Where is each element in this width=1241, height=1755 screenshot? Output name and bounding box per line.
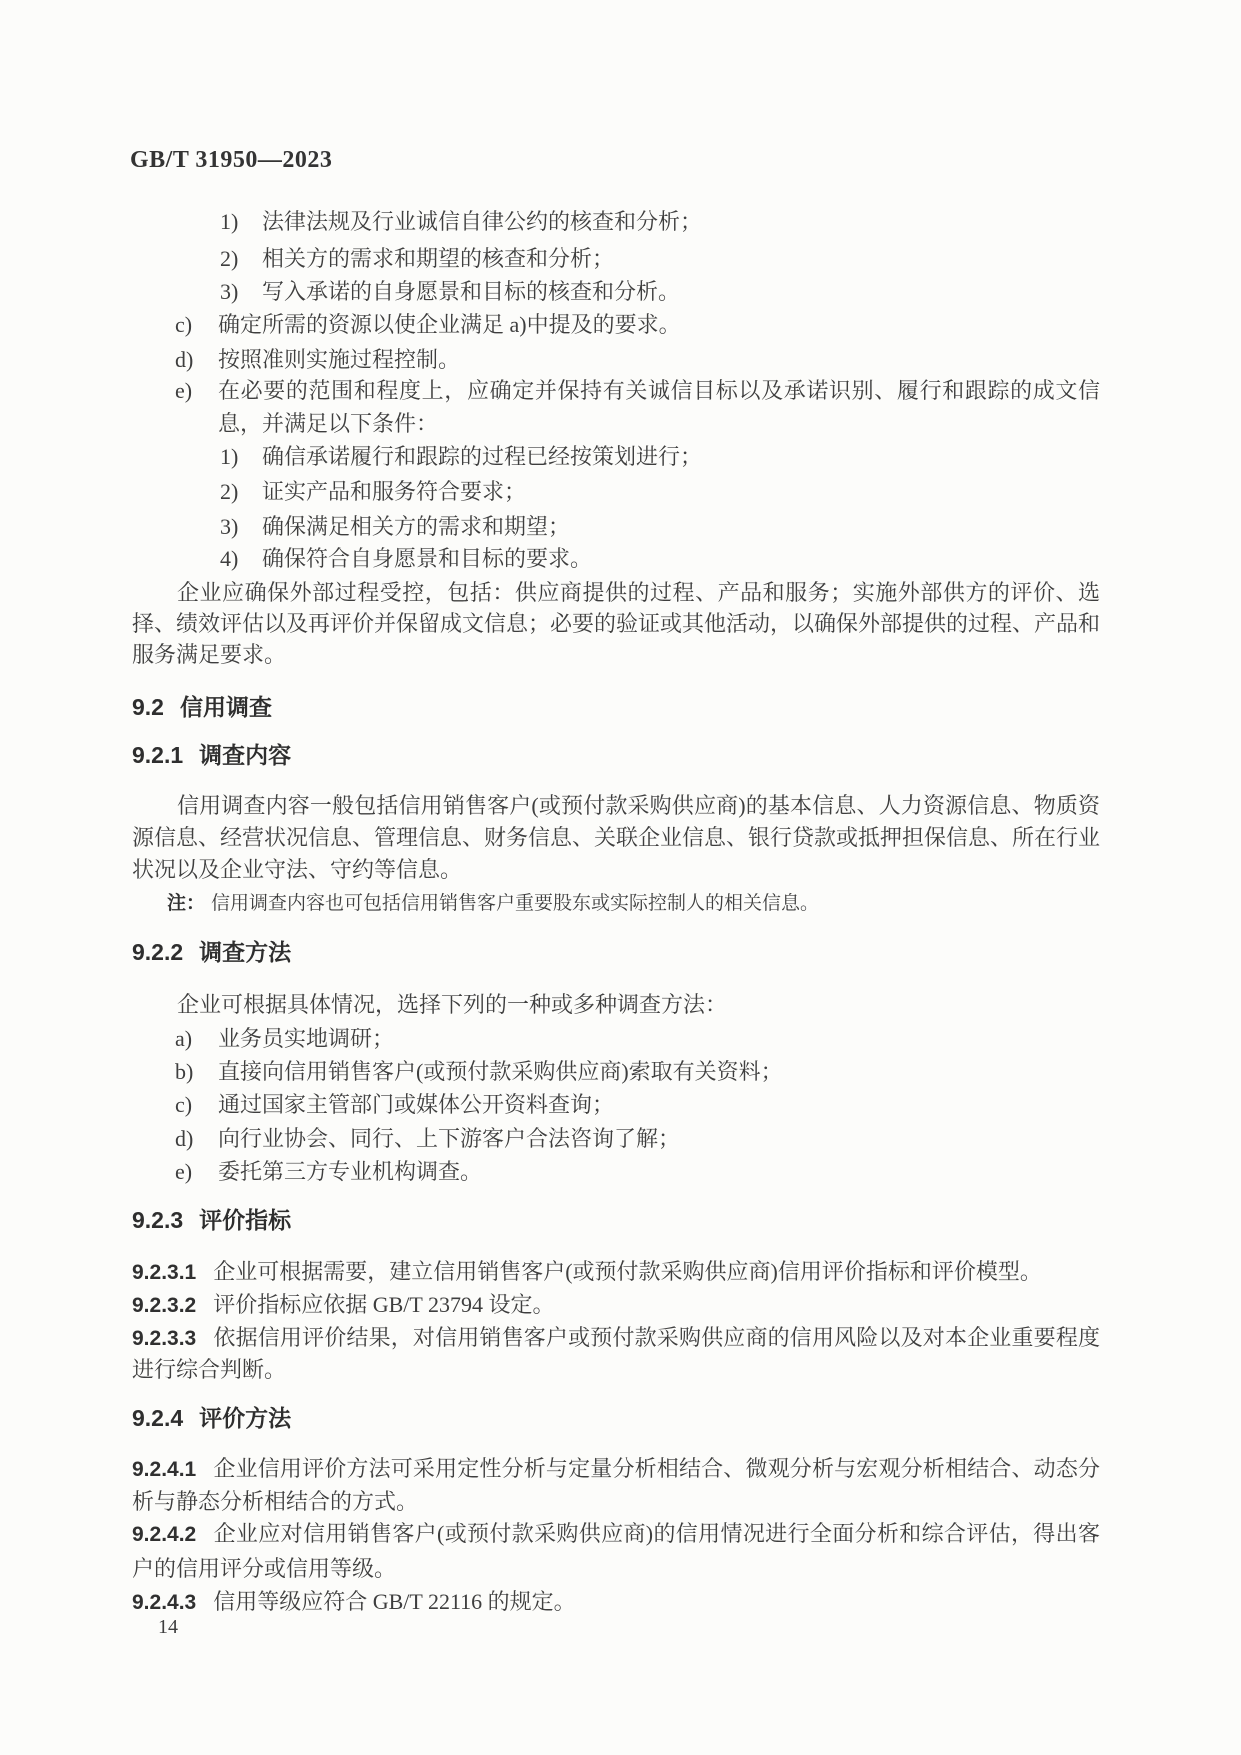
list-marker: 4)	[220, 542, 262, 575]
note: 注：信用调查内容也可包括信用销售客户重要股东或实际控制人的相关信息。	[167, 890, 1100, 918]
section-number: 9.2.4	[132, 1405, 183, 1431]
section-title: 评价方法	[199, 1405, 291, 1431]
list-item: b) 直接向信用销售客户(或预付款采购供应商)索取有关资料；	[175, 1055, 1100, 1088]
list-marker: b)	[175, 1055, 218, 1088]
list-marker: a)	[175, 1022, 218, 1055]
clause-number: 9.2.4.1	[132, 1458, 196, 1481]
clause-number: 9.2.4.3	[132, 1591, 196, 1614]
clause-text: 企业可根据需要，建立信用销售客户(或预付款采购供应商)信用评价指标和评价模型。	[213, 1259, 1042, 1284]
section-heading-9-2-1: 9.2.1调查内容	[132, 740, 291, 770]
clause-number: 9.2.3.1	[132, 1261, 196, 1284]
list-item: a) 业务员实地调研；	[175, 1022, 1100, 1055]
clause-number: 9.2.3.3	[132, 1327, 196, 1350]
section-number: 9.2	[132, 694, 164, 720]
list-marker: e)	[175, 1155, 218, 1188]
list-item: 4) 确保符合自身愿景和目标的要求。	[220, 542, 1100, 575]
list-marker: d)	[175, 343, 218, 376]
closing-paragraph: 企业应确保外部过程受控，包括：供应商提供的过程、产品和服务；实施外部供方的评价、…	[132, 577, 1100, 670]
list-item: 3) 写入承诺的自身愿景和目标的核查和分析。	[220, 275, 1100, 308]
list-item-text: 按照准则实施过程控制。	[218, 343, 1100, 376]
list-item: c) 通过国家主管部门或媒体公开资料查询；	[175, 1088, 1100, 1121]
clause-number: 9.2.4.2	[132, 1523, 196, 1546]
section-heading-9-2-2: 9.2.2调查方法	[132, 937, 291, 967]
list-item: d) 向行业协会、同行、上下游客户合法咨询了解；	[175, 1122, 1100, 1155]
list-item-text: 法律法规及行业诚信自律公约的核查和分析；	[262, 205, 1100, 238]
list-item-text: 通过国家主管部门或媒体公开资料查询；	[218, 1088, 1100, 1121]
list-item-text: 确信承诺履行和跟踪的过程已经按策划进行；	[262, 440, 1100, 473]
section-number: 9.2.3	[132, 1207, 183, 1233]
clause-text: 信用等级应符合 GB/T 22116 的规定。	[213, 1589, 575, 1614]
document-page: GB/T 31950—2023 1) 法律法规及行业诚信自律公约的核查和分析； …	[0, 0, 1241, 1755]
list-item-text: 直接向信用销售客户(或预付款采购供应商)索取有关资料；	[218, 1055, 1100, 1088]
list-item: 2) 证实产品和服务符合要求；	[220, 475, 1100, 508]
clause-text: 依据信用评价结果，对信用销售客户或预付款采购供应商的信用风险以及对本企业重要程度…	[132, 1325, 1100, 1382]
clause-9-2-4-1: 9.2.4.1企业信用评价方法可采用定性分析与定量分析相结合、微观分析与宏观分析…	[132, 1453, 1100, 1518]
clause-9-2-3-1: 9.2.3.1企业可根据需要，建立信用销售客户(或预付款采购供应商)信用评价指标…	[132, 1255, 1100, 1286]
section-title: 评价指标	[199, 1207, 291, 1233]
list-marker: 1)	[220, 440, 262, 473]
section-title: 调查内容	[199, 742, 291, 768]
list-marker: 3)	[220, 510, 262, 543]
clause-number: 9.2.3.2	[132, 1294, 196, 1317]
list-item: 2) 相关方的需求和期望的核查和分析；	[220, 242, 1100, 275]
paragraph-9-2-2-intro: 企业可根据具体情况，选择下列的一种或多种调查方法：	[132, 988, 1100, 1019]
list-item: d) 按照准则实施过程控制。	[175, 343, 1100, 376]
list-item-text: 向行业协会、同行、上下游客户合法咨询了解；	[218, 1122, 1100, 1155]
clause-text: 评价指标应依据 GB/T 23794 设定。	[213, 1292, 554, 1317]
clause-9-2-4-3: 9.2.4.3信用等级应符合 GB/T 22116 的规定。	[132, 1585, 1100, 1616]
list-item-text: 业务员实地调研；	[218, 1022, 1100, 1055]
list-item-text: 确保满足相关方的需求和期望；	[262, 510, 1100, 543]
list-marker: 2)	[220, 242, 262, 275]
list-item: e) 委托第三方专业机构调查。	[175, 1155, 1100, 1188]
list-marker: c)	[175, 308, 218, 341]
section-heading-9-2-3: 9.2.3评价指标	[132, 1205, 291, 1235]
list-marker: c)	[175, 1088, 218, 1121]
list-marker: 2)	[220, 475, 262, 508]
list-item: c) 确定所需的资源以使企业满足 a)中提及的要求。	[175, 308, 1100, 341]
clause-9-2-3-3: 9.2.3.3依据信用评价结果，对信用销售客户或预付款采购供应商的信用风险以及对…	[132, 1322, 1100, 1385]
section-title: 信用调查	[180, 694, 272, 720]
list-item-text: 证实产品和服务符合要求；	[262, 475, 1100, 508]
paragraph-9-2-1: 信用调查内容一般包括信用销售客户(或预付款采购供应商)的基本信息、人力资源信息、…	[132, 790, 1100, 886]
clause-9-2-4-2: 9.2.4.2企业应对信用销售客户(或预付款采购供应商)的信用情况进行全面分析和…	[132, 1517, 1100, 1586]
list-item: 3) 确保满足相关方的需求和期望；	[220, 510, 1100, 543]
page-number: 14	[158, 1616, 178, 1639]
list-marker: 1)	[220, 205, 262, 238]
section-number: 9.2.2	[132, 939, 183, 965]
list-item: 1) 法律法规及行业诚信自律公约的核查和分析；	[220, 205, 1100, 238]
list-marker: e)	[175, 374, 218, 407]
list-item-text: 在必要的范围和程度上，应确定并保持有关诚信目标以及承诺识别、履行和跟踪的成文信息…	[218, 374, 1100, 440]
list-item-text: 确定所需的资源以使企业满足 a)中提及的要求。	[218, 308, 1100, 341]
list-item: e) 在必要的范围和程度上，应确定并保持有关诚信目标以及承诺识别、履行和跟踪的成…	[175, 374, 1100, 440]
list-item: 1) 确信承诺履行和跟踪的过程已经按策划进行；	[220, 440, 1100, 473]
clause-text: 企业应对信用销售客户(或预付款采购供应商)的信用情况进行全面分析和综合评估，得出…	[132, 1521, 1100, 1581]
note-text: 信用调查内容也可包括信用销售客户重要股东或实际控制人的相关信息。	[211, 893, 819, 914]
doc-number-header: GB/T 31950—2023	[130, 147, 332, 174]
list-item-text: 写入承诺的自身愿景和目标的核查和分析。	[262, 275, 1100, 308]
list-marker: 3)	[220, 275, 262, 308]
section-heading-9-2: 9.2信用调查	[132, 692, 272, 722]
list-item-text: 确保符合自身愿景和目标的要求。	[262, 542, 1100, 575]
clause-text: 企业信用评价方法可采用定性分析与定量分析相结合、微观分析与宏观分析相结合、动态分…	[132, 1456, 1100, 1514]
note-label: 注：	[167, 893, 205, 914]
clause-9-2-3-2: 9.2.3.2评价指标应依据 GB/T 23794 设定。	[132, 1288, 1100, 1319]
list-item-text: 相关方的需求和期望的核查和分析；	[262, 242, 1100, 275]
section-title: 调查方法	[199, 939, 291, 965]
list-item-text: 委托第三方专业机构调查。	[218, 1155, 1100, 1188]
section-number: 9.2.1	[132, 742, 183, 768]
list-marker: d)	[175, 1122, 218, 1155]
section-heading-9-2-4: 9.2.4评价方法	[132, 1403, 291, 1433]
